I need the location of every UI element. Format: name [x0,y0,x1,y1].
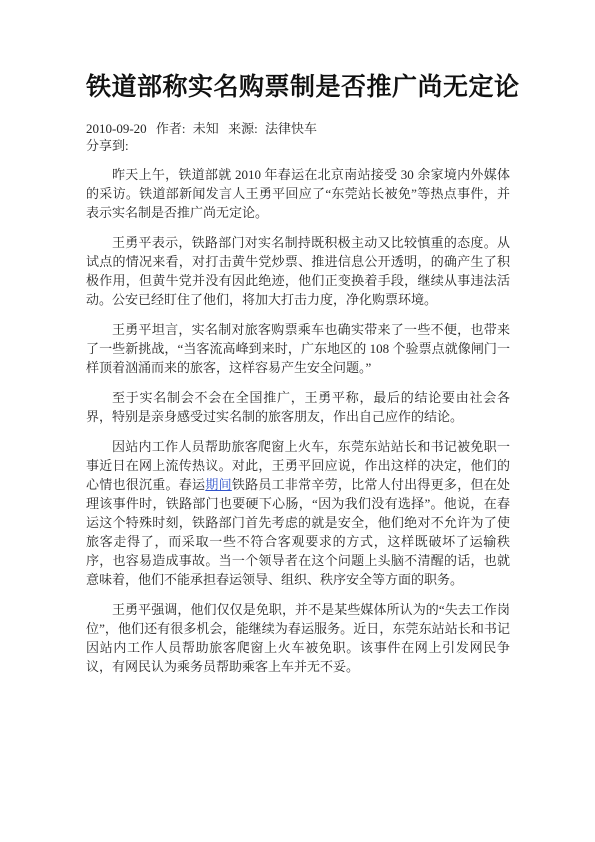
author-value: 未知 [193,121,219,136]
article-meta: 2010-09-20 作者: 未知 来源: 法律快车 [86,120,510,137]
chunyun-qijian-link[interactable]: 期间 [205,477,232,492]
source-value: 法律快车 [265,121,317,136]
source-label: 来源: [228,121,258,136]
paragraph: 王勇平表示，铁路部门对实名制持既积极主动又比较慎重的态度。从试点的情况来看，对打… [86,233,510,309]
paragraph: 至于实名制会不会在全国推广，王勇平称，最后的结论要由社会各界，特别是亲身感受过实… [86,388,510,426]
paragraph: 因站内工作人员帮助旅客爬窗上火车，东莞东站站长和书记被免职一事近日在网上流传热议… [86,437,510,589]
share-label: 分享到: [86,137,510,154]
paragraph-text: 昨天上午，铁道部就 2010 年春运在北京南站接受 30 余家境内外媒体的采访。… [86,167,510,220]
paragraph-text: 王勇平强调，他们仅仅是免职，并不是某些媒体所认为的“失去工作岗位”，他们还有很多… [86,602,510,674]
author-label: 作者: [156,121,186,136]
article-title: 铁道部称实名购票制是否推广尚无定论 [86,72,510,103]
article-page: 铁道部称实名购票制是否推广尚无定论 2010-09-20 作者: 未知 来源: … [0,0,595,842]
paragraph-text: 王勇平坦言，实名制对旅客购票乘车也确实带来了一些不便，也带来了一些新挑战，“当客… [86,322,510,375]
paragraph: 王勇平强调，他们仅仅是免职，并不是某些媒体所认为的“失去工作岗位”，他们还有很多… [86,600,510,676]
publish-date: 2010-09-20 [86,121,147,136]
paragraph-text: 王勇平表示，铁路部门对实名制持既积极主动又比较慎重的态度。从试点的情况来看，对打… [86,235,510,307]
paragraph: 昨天上午，铁道部就 2010 年春运在北京南站接受 30 余家境内外媒体的采访。… [86,165,510,222]
paragraph-text: 铁路员工非常辛劳，比常人付出得更多，但在处理该事件时，铁路部门也要硬下心肠，“因… [86,477,510,587]
paragraph: 王勇平坦言，实名制对旅客购票乘车也确实带来了一些不便，也带来了一些新挑战，“当客… [86,320,510,377]
paragraph-text: 至于实名制会不会在全国推广，王勇平称，最后的结论要由社会各界，特别是亲身感受过实… [86,390,510,424]
article-body: 昨天上午，铁道部就 2010 年春运在北京南站接受 30 余家境内外媒体的采访。… [86,165,510,676]
